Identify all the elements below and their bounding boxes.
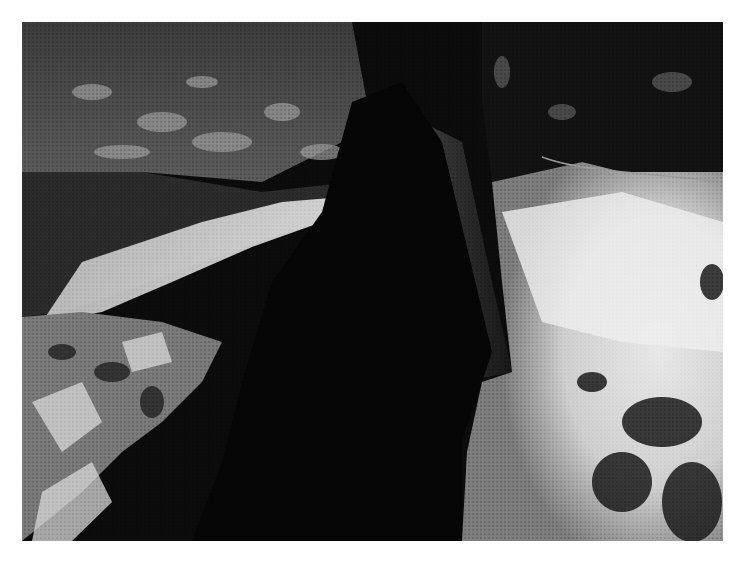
trench-photograph xyxy=(22,22,723,541)
film-grain-overlay xyxy=(22,22,723,541)
